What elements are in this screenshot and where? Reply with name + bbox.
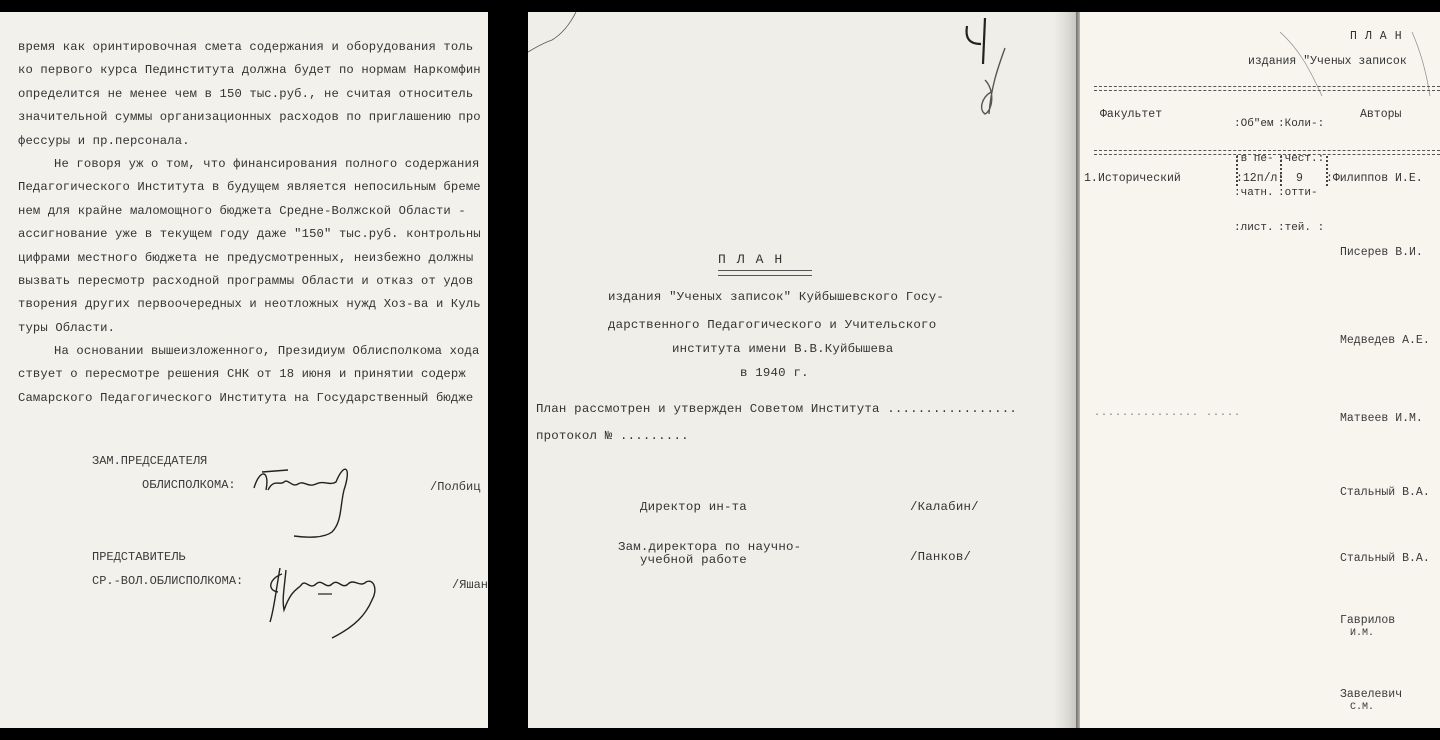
subtitle-line-2: дарственного Педагогического и Учительск… [608,318,936,332]
header-authors: Авторы [1360,108,1401,121]
author-item: Стальный В.А. [1340,552,1430,565]
author-item: Стальный В.А. [1340,486,1430,499]
body-text-line: ассигнование уже в текущем году даже "15… [18,223,488,246]
protocol-number: протокол № ......... [536,429,689,443]
row-faculty: Исторический [1098,172,1181,185]
deputy-role-line2: учебной работе [640,553,747,567]
subtitle-line-3: института имени В.В.Куйбышева [672,342,893,356]
author-item: Медведев А.Е. [1340,334,1430,347]
row-volume: :12п/л: [1236,172,1284,185]
director-role: Директор ин-та [640,500,747,514]
page-fold-edge [1076,12,1080,728]
author-item: Матвеев И.М. [1340,412,1423,425]
header-faculty: Факультет [1100,108,1162,121]
header-copies: :Коли-: :чест.: :отти- :тей. : [1278,96,1324,246]
row-copies: 9 [1296,172,1303,185]
row-author: :Филиппов И.Е. [1326,172,1423,185]
body-text-line: нем для крайне маломощного бюджета Средн… [18,200,488,223]
body-text-line: Не говоря уж о том, что финансирования п… [18,153,488,176]
signatory-name-1: /Полбиц [430,480,480,494]
header-volume: :Об"ем :в пе- :чатн. :лист. [1234,96,1274,246]
signature-title-2-line2: СР.-ВОЛ.ОБЛИСПОЛКОМА: [92,574,243,588]
director-name: /Калабин/ [910,500,979,514]
body-text-line: вызвать пересмотр расходной программы Об… [18,270,488,293]
body-text-line: На основании вышеизложенного, Президиум … [18,340,488,363]
table-top-rule [1094,86,1440,91]
row-number: 1. [1084,172,1098,185]
handwritten-signature-2 [262,560,392,650]
body-text-line: Самарского Педагогического Института на … [18,387,488,410]
subtitle-line-1: издания "Ученых записок" Куйбышевского Г… [608,290,944,304]
signature-title-1-line2: ОБЛИСПОЛКОМА: [142,478,236,492]
right-plan-title: ПЛАН [1350,30,1410,43]
right-plan-subtitle: издания "Ученых записок [1248,55,1407,68]
body-text-line: Педагогического Института в будущем явля… [18,176,488,199]
signature-title-2-line1: ПРЕДСТАВИТЕЛЬ [92,550,186,564]
letter-body: время как оринтировочная смета содержани… [18,36,488,410]
body-text-line: время как оринтировочная смета содержани… [18,36,488,59]
author-item: Писерев В.И. [1340,246,1423,259]
body-text-line: значительной суммы организационных расхо… [18,106,488,129]
deputy-name: /Панков/ [910,550,971,564]
body-text-line: определится не менее чем в 150 тыс.руб.,… [18,83,488,106]
author-item-initials: И.М. [1350,628,1374,639]
title-double-underline [718,270,812,276]
document-page-left: время как оринтировочная смета содержани… [0,12,488,728]
body-text-line: ко первого курса Пединститута должна буд… [18,59,488,82]
plan-title: ПЛАН [718,252,793,267]
deputy-role-line1: Зам.директора по научно- [618,540,801,554]
page-gutter-shadow [1054,12,1076,728]
body-text-line: ствует о пересмотре решения СНК от 18 ию… [18,363,488,386]
author-item-initials: С.М. [1350,702,1374,713]
author-item: Завелевич [1340,688,1402,701]
handwritten-signature-1 [248,460,358,542]
handwritten-folio-number [955,14,1015,124]
body-text-line: туры Области. [18,317,488,340]
subtitle-year: в 1940 г. [740,366,809,380]
approval-statement: План рассмотрен и утвержден Советом Инст… [536,402,1017,416]
signature-title-1-line1: ЗАМ.ПРЕДСЕДАТЕЛЯ [92,454,207,468]
author-item: Гаврилов [1340,614,1395,627]
dot-leader: ............... ..... [1094,408,1241,419]
signatory-name-2: /Яшан [452,578,488,592]
body-text-line: творения других первоочередных и неотлож… [18,293,488,316]
body-text-line: цифрами местного бюджета не предусмотрен… [18,247,488,270]
body-text-line: фессуры и пр.персонала. [18,130,488,153]
corner-pencil-mark [528,12,588,62]
